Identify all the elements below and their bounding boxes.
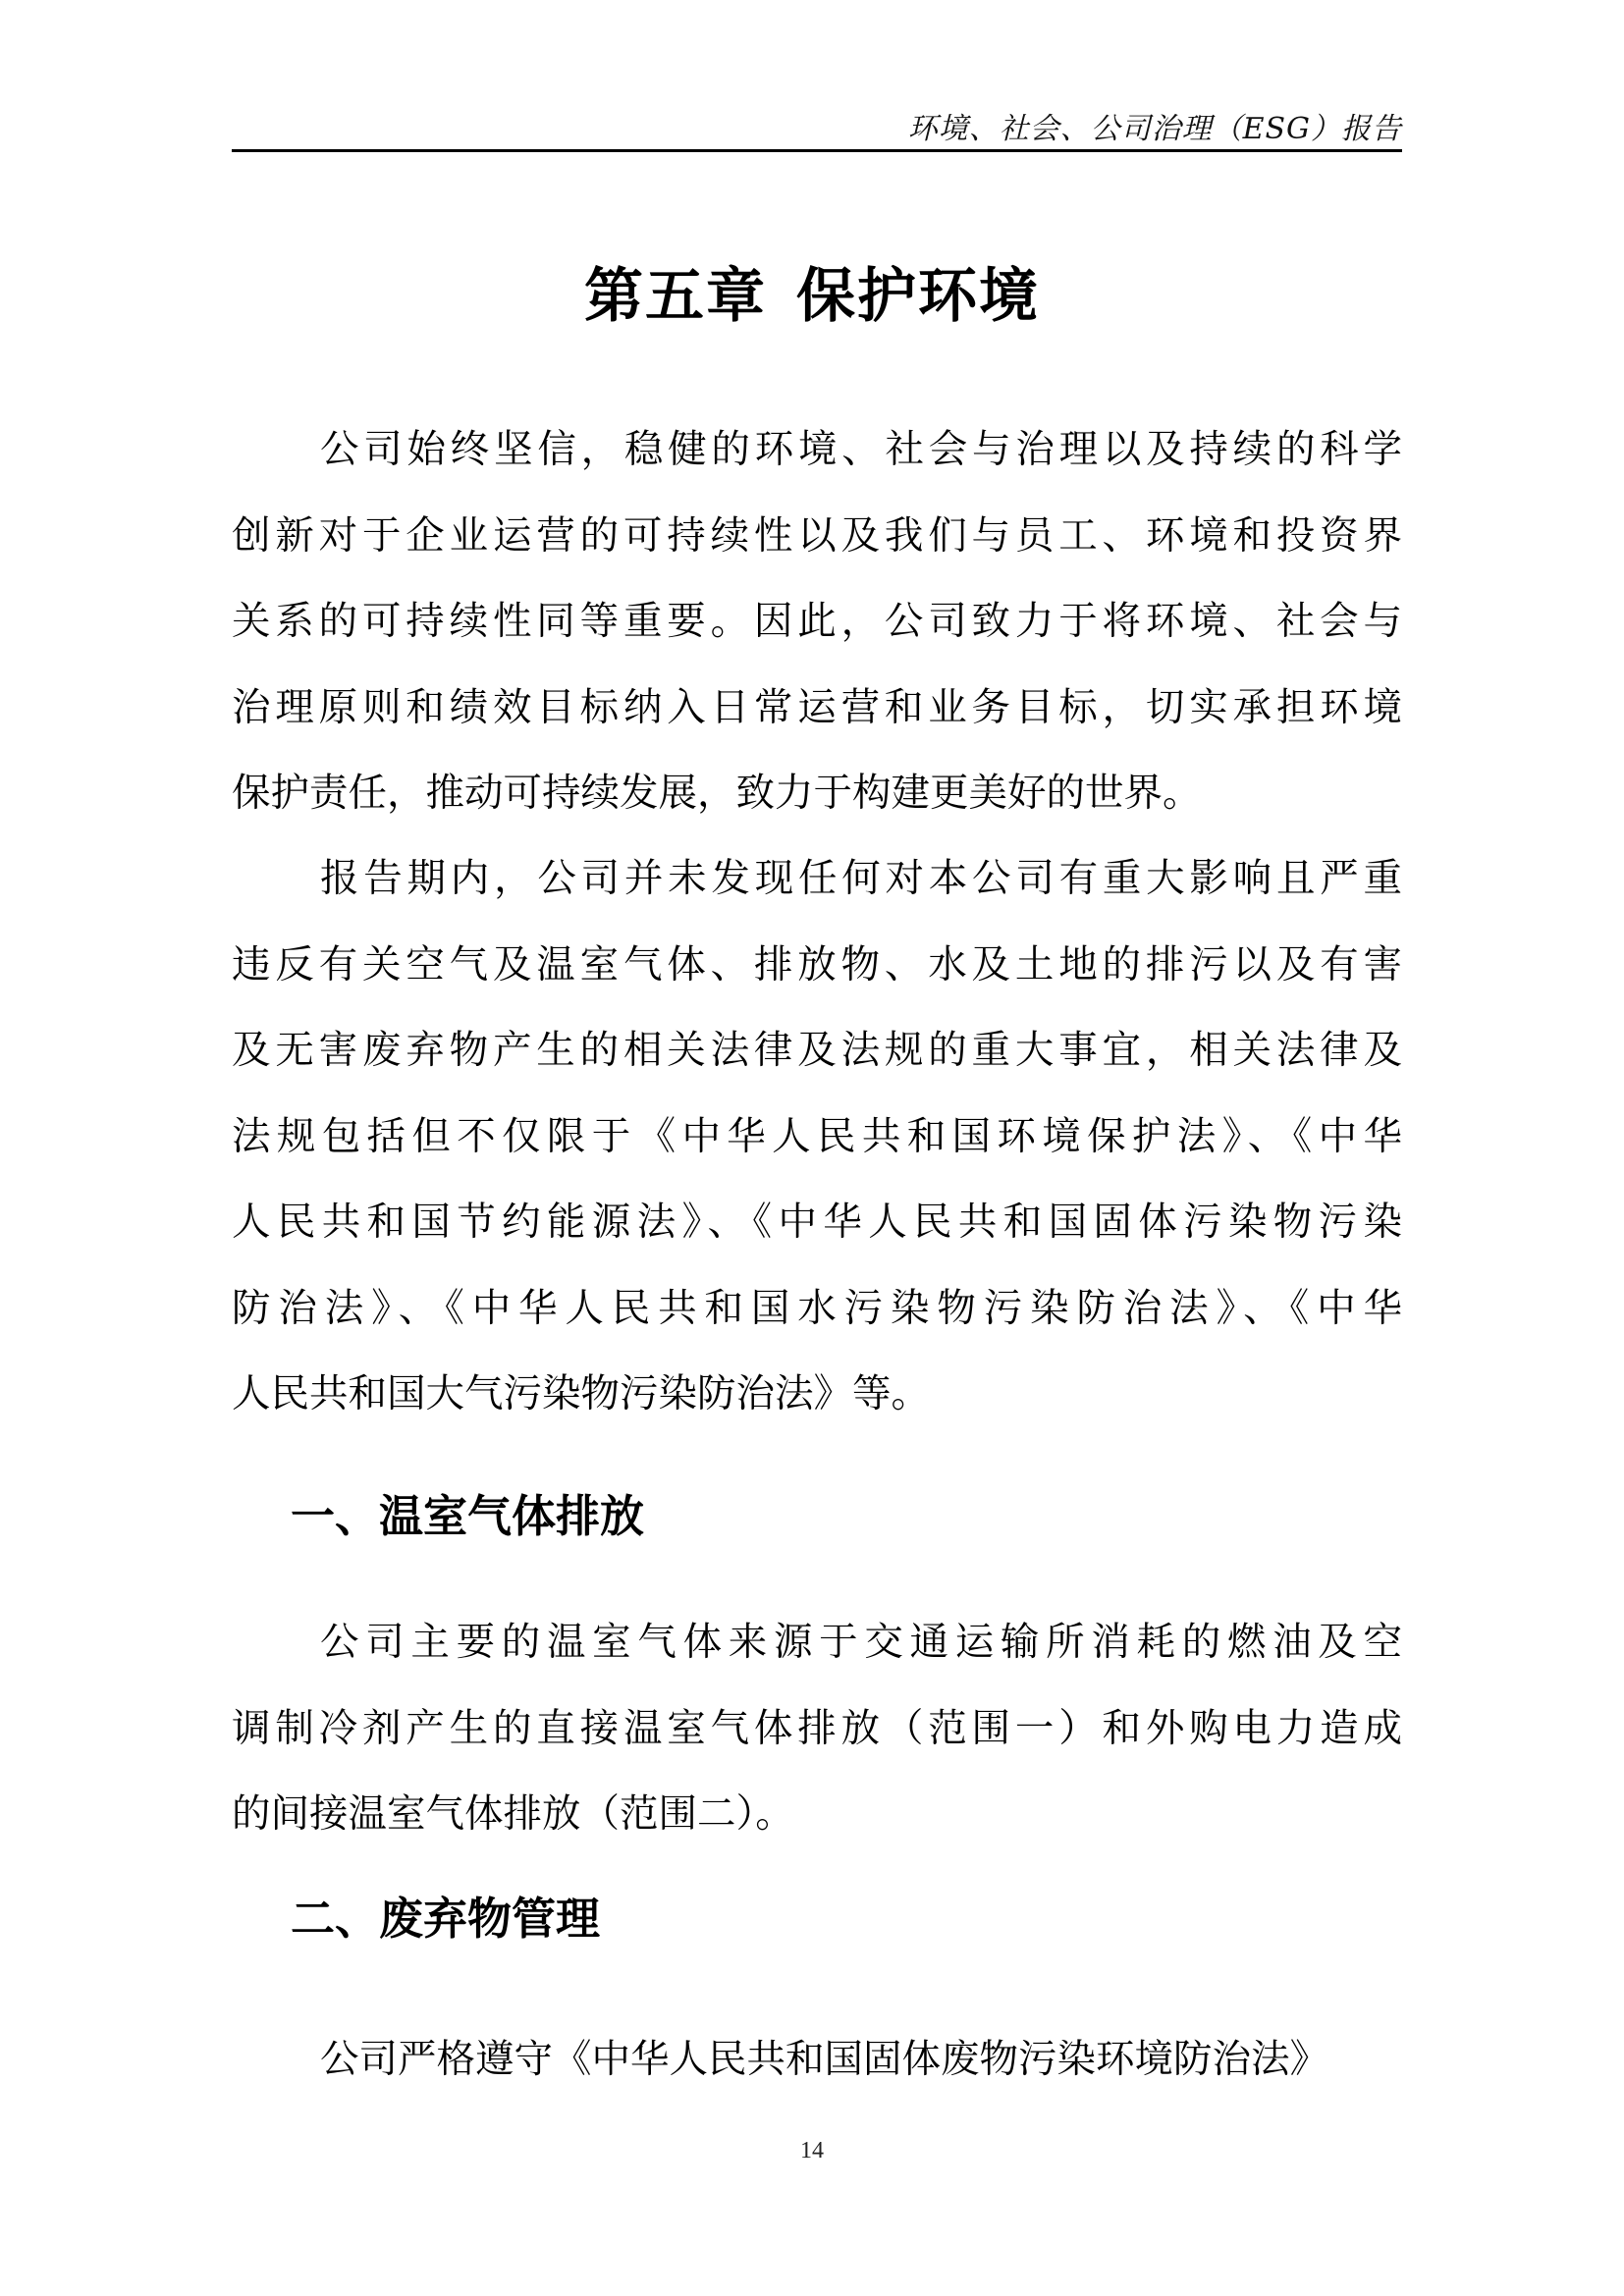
paragraph-line: 法规包括但不仅限于《中华人民共和国环境保护法》、《中华: [232, 1095, 1402, 1181]
paragraph-compliance: 报告期内，公司并未发现任何对本公司有重大影响且严重 违反有关空气及温室气体、排放…: [232, 836, 1402, 1438]
running-header: 环境、社会、公司治理（ESG）报告: [232, 110, 1402, 152]
document-page: 环境、社会、公司治理（ESG）报告 第五章保护环境 公司始终坚信，稳健的环境、社…: [0, 0, 1624, 2296]
paragraph-waste: 公司严格遵守《中华人民共和国固体废物污染环境防治法》: [232, 2017, 1402, 2104]
paragraph-line: 公司严格遵守《中华人民共和国固体废物污染环境防治法》: [232, 2017, 1402, 2104]
paragraph-intro: 公司始终坚信，稳健的环境、社会与治理以及持续的科学 创新对于企业运营的可持续性以…: [232, 407, 1402, 837]
section-heading-waste: 二、废弃物管理: [291, 1885, 600, 1953]
paragraph-ghg: 公司主要的温室气体来源于交通运输所消耗的燃油及空 调制冷剂产生的直接温室气体排放…: [232, 1600, 1402, 1858]
paragraph-line: 公司始终坚信，稳健的环境、社会与治理以及持续的科学: [232, 407, 1402, 494]
page-number: 14: [0, 2136, 1624, 2165]
paragraph-line: 保护责任，推动可持续发展，致力于构建更美好的世界。: [232, 751, 1402, 837]
chapter-name: 保护环境: [796, 262, 1040, 331]
chapter-title: 第五章保护环境: [0, 257, 1624, 336]
paragraph-line: 人民共和国大气污染物污染防治法》等。: [232, 1352, 1402, 1438]
section-heading-ghg: 一、温室气体排放: [291, 1482, 644, 1551]
paragraph-line: 及无害废弃物产生的相关法律及法规的重大事宜，相关法律及: [232, 1008, 1402, 1095]
paragraph-line: 治理原则和绩效目标纳入日常运营和业务目标，切实承担环境: [232, 666, 1402, 752]
paragraph-line: 调制冷剂产生的直接温室气体排放（范围一）和外购电力造成: [232, 1686, 1402, 1773]
paragraph-line: 防治法》、《中华人民共和国水污染物污染防治法》、《中华: [232, 1266, 1402, 1353]
paragraph-line: 违反有关空气及温室气体、排放物、水及土地的排污以及有害: [232, 923, 1402, 1009]
paragraph-line: 创新对于企业运营的可持续性以及我们与员工、环境和投资界: [232, 494, 1402, 580]
running-header-title: 环境、社会、公司治理（ESG）报告: [908, 112, 1402, 146]
paragraph-line: 的间接温室气体排放（范围二）。: [232, 1772, 1402, 1858]
paragraph-line: 报告期内，公司并未发现任何对本公司有重大影响且严重: [232, 836, 1402, 923]
paragraph-line: 人民共和国节约能源法》、《中华人民共和国固体污染物污染: [232, 1180, 1402, 1266]
chapter-number: 第五章: [584, 262, 767, 331]
paragraph-line: 关系的可持续性同等重要。因此，公司致力于将环境、社会与: [232, 579, 1402, 666]
paragraph-line: 公司主要的温室气体来源于交通运输所消耗的燃油及空: [232, 1600, 1402, 1686]
